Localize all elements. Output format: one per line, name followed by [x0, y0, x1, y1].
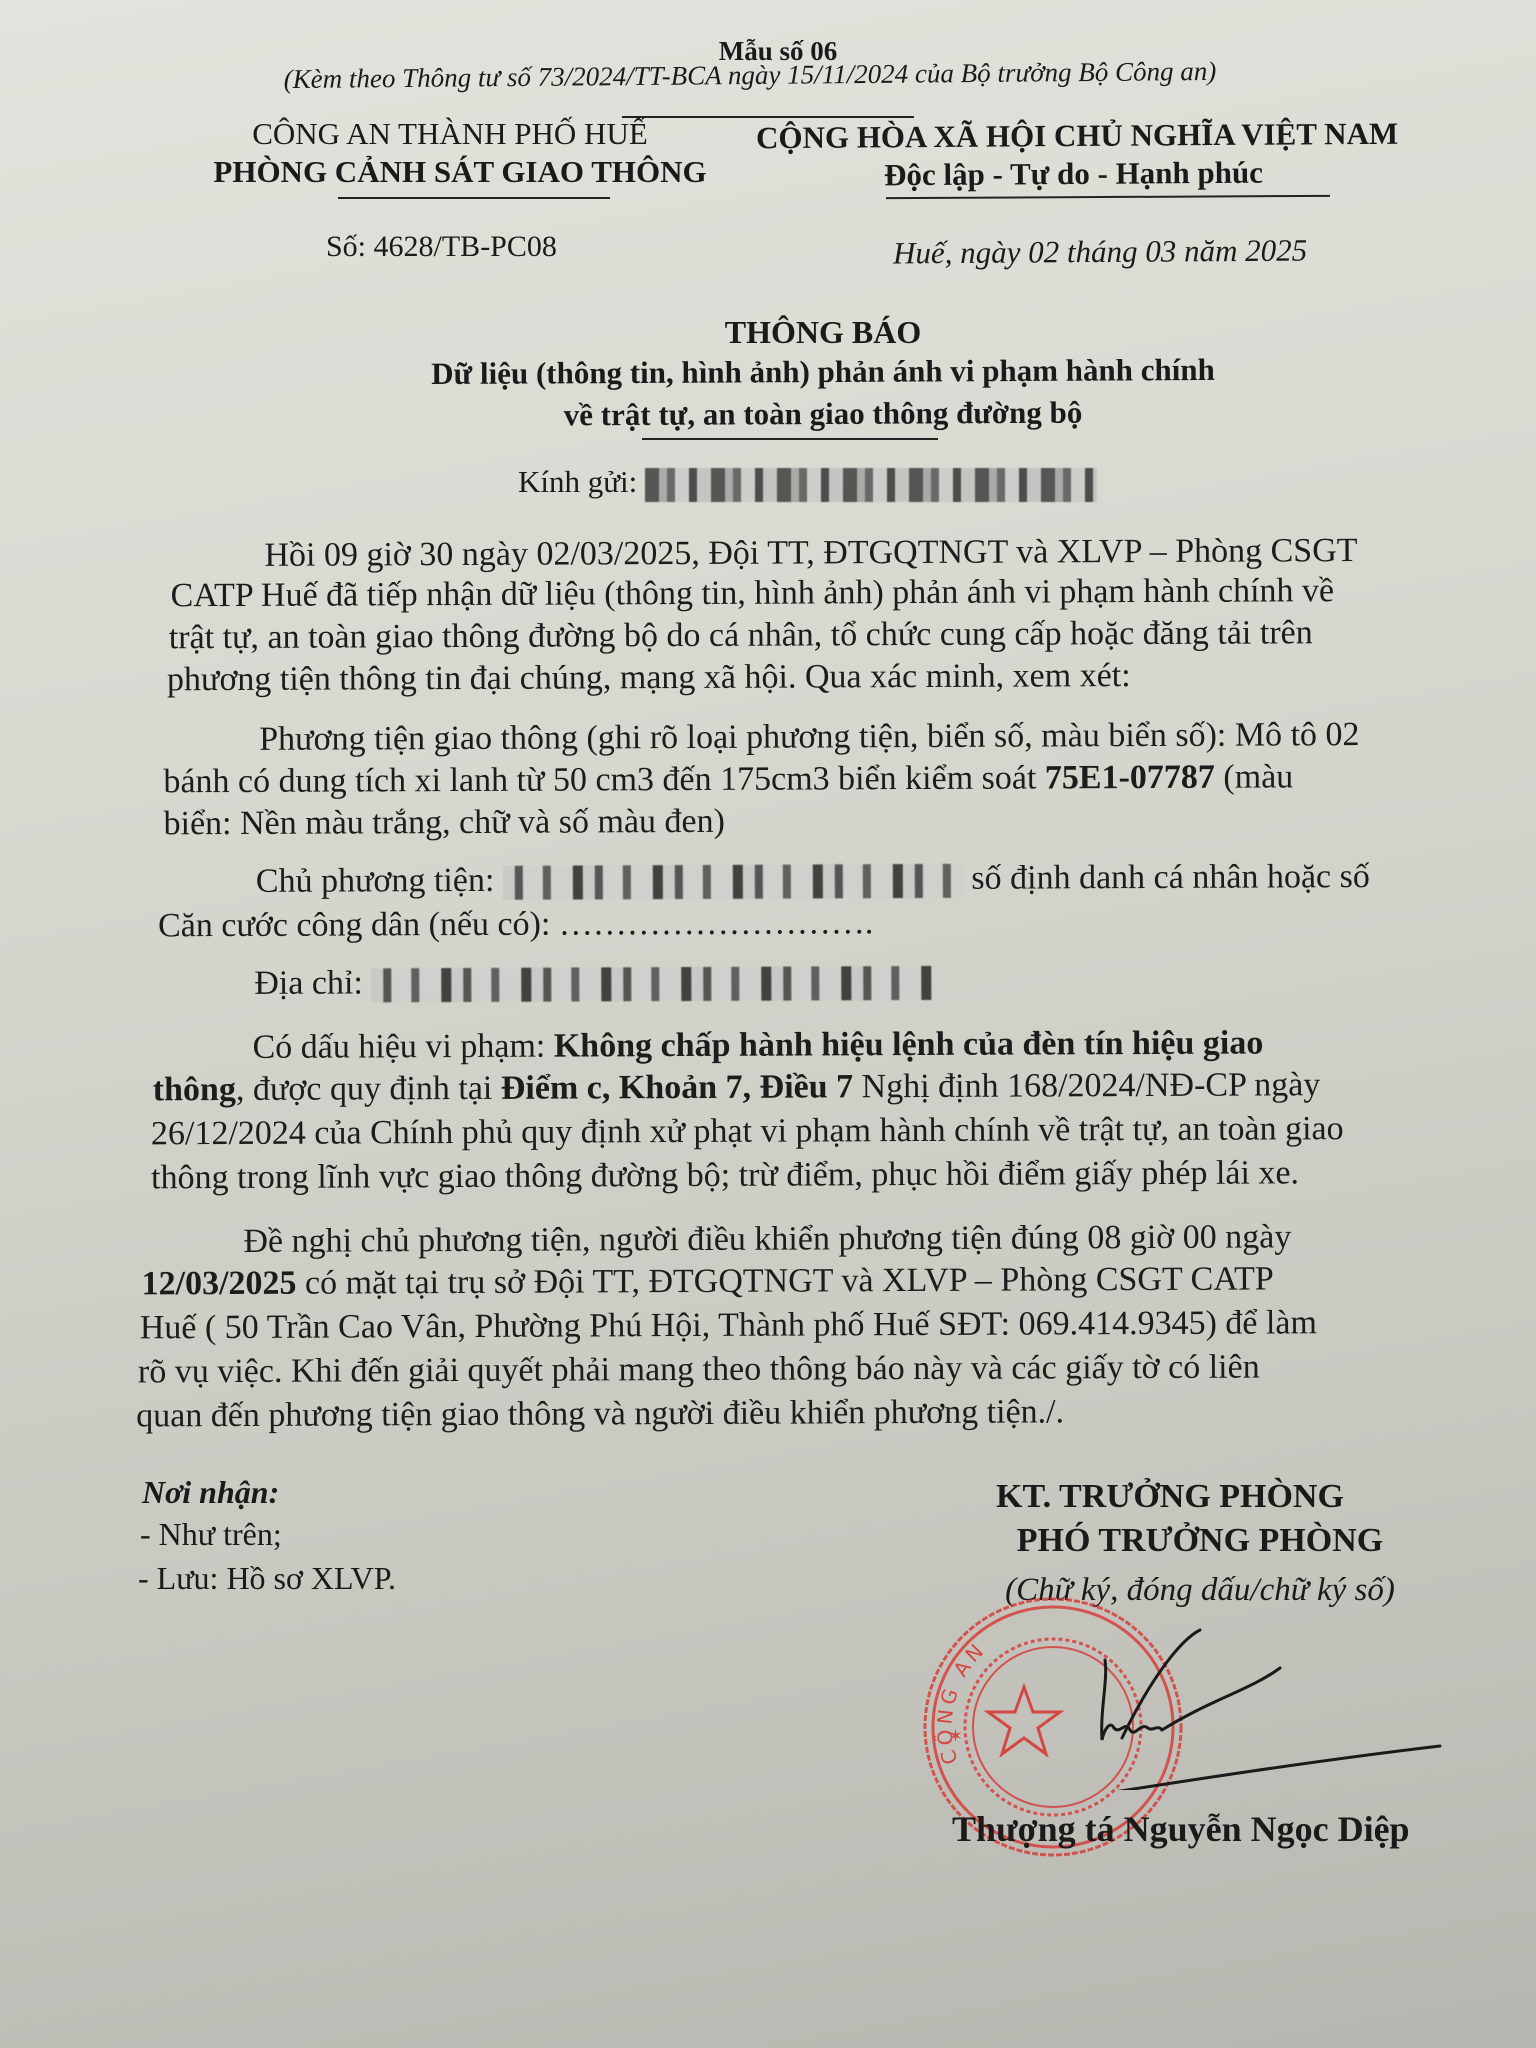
issuer-underline	[338, 197, 610, 199]
owner-line2: Căn cước công dân (nếu có): ……………………….	[158, 902, 873, 946]
decree-reference: Nghị định 168/2024/NĐ-CP ngày	[853, 1066, 1320, 1105]
vehicle-line3: biển: Nền màu trắng, chữ và số màu đen)	[164, 801, 726, 844]
p1-line1: Hồi 09 giờ 30 ngày 02/03/2025, Đội TT, Đ…	[264, 530, 1357, 576]
request-line1: Đề nghị chủ phương tiện, người điều khiể…	[243, 1216, 1291, 1262]
signer-name: Thượng tá Nguyễn Ngọc Diệp	[952, 1808, 1410, 1850]
vehicle-line1: Phương tiện giao thông (ghi rõ loại phươ…	[259, 714, 1359, 760]
notice-subtitle-line2: về trật tự, an toàn giao thông đường bộ	[0, 392, 1536, 437]
signature-title-1: KT. TRƯỞNG PHÒNG	[940, 1478, 1400, 1516]
notice-subtitle-line1: Dữ liệu (thông tin, hình ảnh) phản ánh v…	[0, 350, 1536, 395]
request-line3: Huế ( 50 Trần Cao Vân, Phường Phú Hội, T…	[140, 1302, 1317, 1348]
request-line2: 12/03/2025 có mặt tại trụ sở Đội TT, ĐTG…	[142, 1258, 1274, 1304]
stamp-text: CÔNG AN	[932, 1637, 991, 1768]
legal-reference: Điểm c, Khoản 7, Điều 7	[501, 1068, 853, 1107]
issuer-department: PHÒNG CẢNH SÁT GIAO THÔNG	[170, 154, 750, 190]
violation-line3: 26/12/2024 của Chính phủ quy định xử phạ…	[151, 1108, 1344, 1154]
signature-title-2: PHÓ TRƯỞNG PHÒNG	[940, 1522, 1460, 1560]
request-line5: quan đến phương tiện giao thông và người…	[136, 1391, 1064, 1436]
p1-line2: CATP Huế đã tiếp nhận dữ liệu (thông tin…	[171, 570, 1335, 616]
document-number: Số: 4628/TB-PC08	[326, 230, 557, 264]
owner-label: Chủ phương tiện:	[256, 862, 495, 900]
notice-title: THÔNG BÁO	[0, 314, 1536, 351]
address-line: Địa chỉ:	[254, 960, 931, 1004]
owner-line1: Chủ phương tiện: số định danh cá nhân ho…	[256, 856, 1370, 902]
p1-line3: trật tự, an toàn giao thông đường bộ do …	[169, 612, 1313, 658]
vehicle-text: bánh có dung tích xi lanh từ 50 cm3 đến …	[163, 759, 1045, 800]
address-redacted	[371, 966, 931, 1002]
recipients-heading: Nơi nhận:	[142, 1474, 279, 1511]
vehicle-text-post: (màu	[1215, 758, 1294, 795]
appointment-date: 12/03/2025	[142, 1265, 297, 1303]
address-label: Địa chỉ:	[254, 964, 363, 1001]
request-line4: rõ vụ việc. Khi đến giải quyết phải mang…	[138, 1347, 1260, 1393]
owner-redacted	[503, 864, 963, 900]
license-plate: 75E1-07787	[1045, 759, 1215, 797]
issuer-agency: CÔNG AN THÀNH PHỐ HUẾ	[160, 116, 740, 152]
p1-line4: phương tiện thông tin đại chúng, mạng xã…	[167, 655, 1131, 700]
motto-underline	[886, 195, 1330, 199]
vehicle-line2: bánh có dung tích xi lanh từ 50 cm3 đến …	[163, 756, 1293, 802]
recipient-label: Kính gửi:	[518, 464, 637, 499]
violation-line2: thông, được quy định tại Điểm c, Khoản 7…	[153, 1064, 1321, 1110]
recipients-item-2: - Lưu: Hồ sơ XLVP.	[138, 1560, 396, 1597]
place-date: Huế, ngày 02 tháng 03 năm 2025	[893, 233, 1307, 272]
violation-description-end: thông	[153, 1071, 236, 1108]
violation-pre: Có dấu hiệu vi phạm:	[252, 1028, 553, 1066]
violation-line4: thông trong lĩnh vực giao thông đường bộ…	[151, 1152, 1299, 1198]
national-motto: Độc lập - Tự do - Hạnh phúc	[884, 155, 1263, 194]
country-name: CỘNG HÒA XÃ HỘI CHỦ NGHĨA VIỆT NAM	[756, 116, 1398, 156]
recipient-redacted	[645, 468, 1097, 502]
violation-description: Không chấp hành hiệu lệnh của đèn tín hi…	[554, 1024, 1264, 1064]
stamp-small-star: ✶	[948, 1726, 963, 1747]
request-text: có mặt tại trụ sở Đội TT, ĐTGQTNGT và XL…	[296, 1260, 1273, 1301]
recipients-item-1: - Như trên;	[140, 1516, 282, 1553]
signature-note: (Chữ ký, đóng dấu/chữ ký số)	[950, 1572, 1450, 1609]
violation-mid: , được quy định tại	[236, 1070, 501, 1108]
recipient-line: Kính gửi:	[518, 464, 1097, 502]
handwritten-signature-icon	[990, 1620, 1450, 1790]
title-underline	[642, 438, 938, 440]
owner-suffix: số định danh cá nhân hoặc số	[971, 858, 1370, 897]
violation-line1: Có dấu hiệu vi phạm: Không chấp hành hiệ…	[252, 1022, 1263, 1067]
